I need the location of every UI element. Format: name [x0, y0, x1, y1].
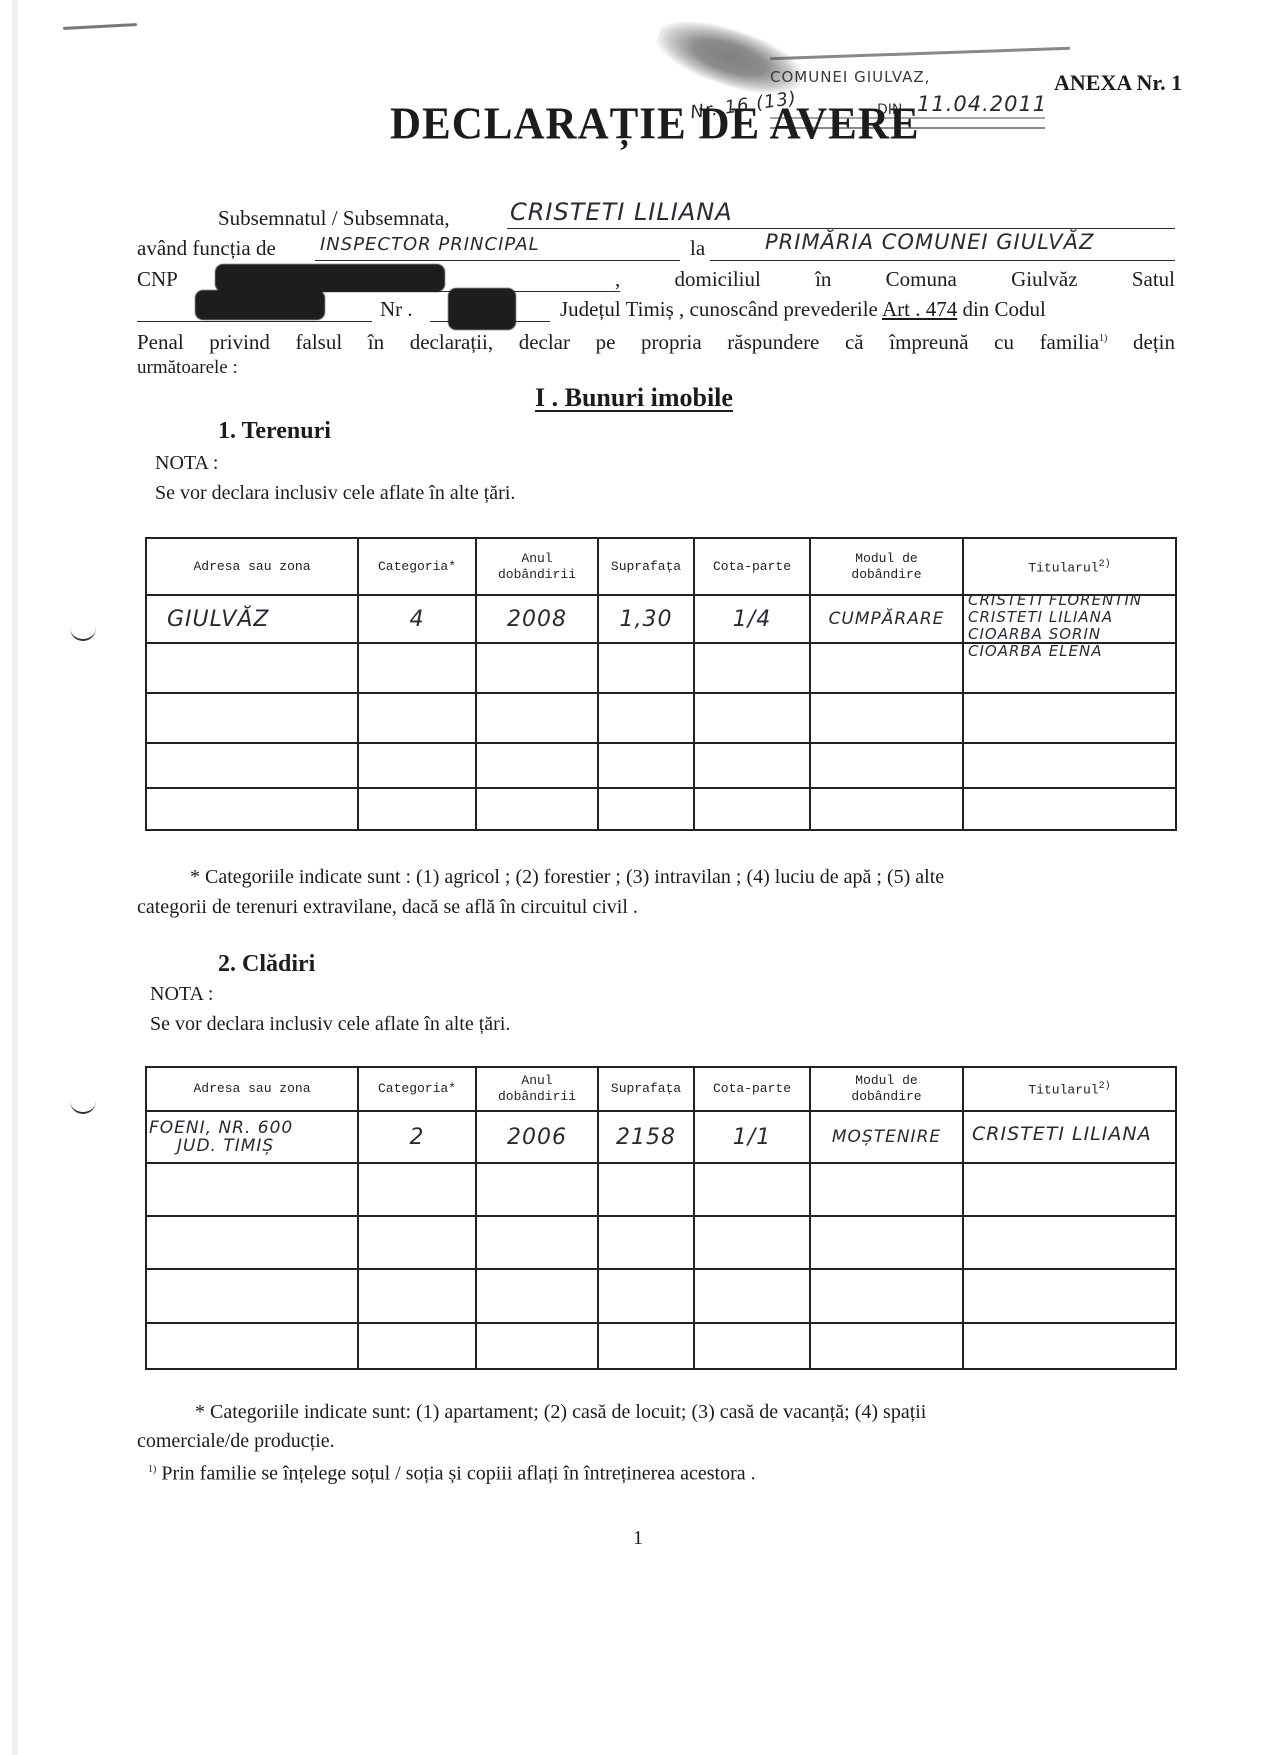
buildings-table-header: Adresa sau zona Categoria* Anul dobândir… — [146, 1067, 1176, 1111]
cell-mode[interactable] — [810, 788, 963, 830]
cell-share[interactable] — [694, 743, 810, 788]
cell-holder[interactable] — [963, 788, 1176, 830]
code-label: din Codul — [962, 297, 1045, 321]
section-title-real-estate: I . Bunuri imobile — [535, 383, 733, 413]
table-row — [146, 788, 1176, 830]
cell-holder[interactable] — [963, 743, 1176, 788]
cnp-redaction — [215, 264, 445, 292]
holder-name: CIOARBA SORIN — [968, 626, 1142, 643]
table-row — [146, 743, 1176, 788]
family-footnote: 1) Prin familie se înțelege soțul / soți… — [148, 1455, 756, 1489]
col-share: Cota-parte — [694, 1067, 810, 1111]
col-area: Suprafața — [598, 1067, 694, 1111]
institution-field-line — [710, 258, 1175, 261]
land-note-label: NOTA : — [155, 452, 218, 475]
cell-mode[interactable]: CUMPĂRARE — [810, 595, 963, 643]
land-table-header: Adresa sau zona Categoria* Anul dobândir… — [146, 538, 1176, 595]
holder-name: CRISTETI LILIANA — [972, 1126, 1152, 1143]
cell-category[interactable]: 2 — [358, 1111, 476, 1163]
cell-mode[interactable] — [810, 1163, 963, 1216]
function-value[interactable]: INSPECTOR PRINCIPAL — [320, 234, 540, 255]
cell-area[interactable]: 2158 — [598, 1111, 694, 1163]
declaration-end: dețin — [1133, 330, 1175, 354]
cell-share[interactable] — [694, 1269, 810, 1323]
intro-label: Subsemnatul / Subsemnata, — [218, 203, 450, 233]
footnote-ref: 1) — [1099, 333, 1107, 344]
annex-label: ANEXA Nr. 1 — [1054, 70, 1182, 96]
cell-year[interactable] — [476, 743, 598, 788]
col-year: Anul dobândirii — [476, 1067, 598, 1111]
table-row — [146, 1216, 1176, 1269]
cell-category[interactable]: 4 — [358, 595, 476, 643]
col-address: Adresa sau zona — [146, 538, 358, 595]
cell-mode[interactable] — [810, 1216, 963, 1269]
col-holder: Titularul2) — [963, 538, 1176, 595]
cell-area[interactable] — [598, 1323, 694, 1369]
cell-category[interactable] — [358, 693, 476, 743]
cell-area[interactable] — [598, 1269, 694, 1323]
table-row — [146, 1323, 1176, 1369]
punch-hole-mark — [70, 625, 96, 641]
cell-share[interactable] — [694, 643, 810, 693]
table-row: GIULVĂZ420081,301/4CUMPĂRARECRISTETI FLO… — [146, 595, 1176, 643]
page-number: 1 — [633, 1527, 643, 1550]
land-note-text: Se vor declara inclusiv cele aflate în a… — [155, 482, 515, 505]
table-row — [146, 643, 1176, 693]
cell-year[interactable]: 2006 — [476, 1111, 598, 1163]
cell-mode[interactable] — [810, 693, 963, 743]
county-label: Județul Timiș , cunoscând prevederile — [560, 297, 878, 321]
name-field-line — [507, 226, 1175, 229]
cell-area[interactable] — [598, 1216, 694, 1269]
table-row — [146, 693, 1176, 743]
land-category-note-1: * Categoriile indicate sunt : (1) agrico… — [190, 863, 944, 892]
cell-share[interactable] — [694, 1216, 810, 1269]
cell-area[interactable]: 1,30 — [598, 595, 694, 643]
at-label: la — [690, 233, 705, 263]
cell-area[interactable] — [598, 643, 694, 693]
cell-share[interactable]: 1/1 — [694, 1111, 810, 1163]
cell-share[interactable] — [694, 1163, 810, 1216]
col-share: Cota-parte — [694, 538, 810, 595]
land-title: 1. Terenuri — [218, 418, 331, 445]
scan-edge — [12, 0, 18, 1755]
cell-mode[interactable] — [810, 1269, 963, 1323]
declarant-name[interactable]: CRISTETI LILIANA — [510, 198, 733, 226]
document-title: DECLARAȚIE DE AVERE — [390, 99, 920, 150]
cell-category[interactable] — [358, 1163, 476, 1216]
cell-address[interactable] — [146, 693, 358, 743]
cell-share[interactable] — [694, 1323, 810, 1369]
cell-year[interactable] — [476, 1163, 598, 1216]
cell-share[interactable] — [694, 788, 810, 830]
cell-year[interactable] — [476, 1216, 598, 1269]
cell-area[interactable] — [598, 743, 694, 788]
cell-address[interactable] — [146, 1216, 358, 1269]
cell-share[interactable]: 1/4 — [694, 595, 810, 643]
punch-hole-mark — [70, 1098, 96, 1114]
county-text: Județul Timiș , cunoscând prevederile Ar… — [560, 294, 1046, 324]
stamp-date: 11.04.2011 — [917, 92, 1047, 116]
cell-category[interactable] — [358, 743, 476, 788]
buildings-note-text: Se vor declara inclusiv cele aflate în a… — [150, 1013, 510, 1036]
cell-address[interactable] — [146, 1163, 358, 1216]
cell-year[interactable] — [476, 643, 598, 693]
cell-holder[interactable] — [963, 1323, 1176, 1369]
cell-area[interactable] — [598, 788, 694, 830]
cell-category[interactable] — [358, 1216, 476, 1269]
buildings-title: 2. Clădiri — [218, 951, 315, 978]
cell-mode[interactable] — [810, 643, 963, 693]
cell-category[interactable] — [358, 1269, 476, 1323]
col-holder: Titularul2) — [963, 1067, 1176, 1111]
cell-mode[interactable]: MOȘTENIRE — [810, 1111, 963, 1163]
buildings-note-label: NOTA : — [150, 983, 213, 1006]
cell-area[interactable] — [598, 693, 694, 743]
table-row: FOENI, NR. 600JUD. TIMIȘ2200621581/1MOȘT… — [146, 1111, 1176, 1163]
cnp-label: CNP — [137, 264, 178, 294]
cell-address[interactable]: GIULVĂZ — [146, 595, 358, 643]
cell-address[interactable] — [146, 1269, 358, 1323]
col-mode: Modul de dobândire — [810, 1067, 963, 1111]
cell-category[interactable] — [358, 788, 476, 830]
village-redaction — [195, 290, 325, 320]
cell-holder[interactable] — [963, 643, 1176, 693]
cell-address[interactable] — [146, 1323, 358, 1369]
article-reference: Art . 474 — [882, 297, 957, 321]
scan-mark — [63, 23, 137, 30]
stamp-border — [770, 47, 1070, 60]
cell-share[interactable] — [694, 693, 810, 743]
cell-mode[interactable] — [810, 743, 963, 788]
cell-address[interactable]: FOENI, NR. 600JUD. TIMIȘ — [146, 1111, 358, 1163]
cell-holder[interactable]: CRISTETI LILIANA — [963, 1111, 1176, 1163]
cell-address[interactable] — [146, 788, 358, 830]
cell-year[interactable] — [476, 788, 598, 830]
cell-year[interactable] — [476, 693, 598, 743]
buildings-table: Adresa sau zona Categoria* Anul dobândir… — [145, 1066, 1177, 1370]
following-label: următoarele : — [137, 353, 238, 383]
cell-holder[interactable]: CRISTETI FLORENTINCRISTETI LILIANACIOARB… — [963, 595, 1176, 643]
holder-name: CRISTETI LILIANA — [968, 609, 1142, 626]
col-address: Adresa sau zona — [146, 1067, 358, 1111]
cell-category[interactable] — [358, 643, 476, 693]
cell-mode[interactable] — [810, 1323, 963, 1369]
function-field-line — [315, 258, 680, 261]
col-mode: Modul de dobândire — [810, 538, 963, 595]
cell-year[interactable] — [476, 1323, 598, 1369]
col-category: Categoria* — [358, 1067, 476, 1111]
cell-address[interactable] — [146, 743, 358, 788]
cell-area[interactable] — [598, 1163, 694, 1216]
table-row — [146, 1269, 1176, 1323]
declaration-text: Penal privind falsul în declarații, decl… — [137, 330, 1099, 354]
buildings-category-note-2: comerciale/de producție. — [137, 1427, 335, 1456]
domicile-text: , domiciliul în Comuna Giulvăz Satul — [615, 264, 1175, 294]
cell-holder[interactable] — [963, 1216, 1176, 1269]
cell-holder[interactable] — [963, 1163, 1176, 1216]
cell-holder[interactable] — [963, 693, 1176, 743]
land-table: Adresa sau zona Categoria* Anul dobândir… — [145, 537, 1177, 831]
institution-value[interactable]: PRIMĂRIA COMUNEI GIULVĂZ — [765, 230, 1094, 254]
buildings-category-note-1: * Categoriile indicate sunt: (1) apartam… — [195, 1398, 926, 1427]
holder-name: CRISTETI FLORENTIN — [968, 592, 1142, 609]
cell-year[interactable]: 2008 — [476, 595, 598, 643]
cell-holder[interactable] — [963, 1269, 1176, 1323]
land-category-note-2: categorii de terenuri extravilane, dacă … — [137, 893, 638, 922]
cell-address[interactable] — [146, 643, 358, 693]
cell-category[interactable] — [358, 1323, 476, 1369]
family-footnote-ref: 1) — [148, 1464, 156, 1475]
col-category: Categoria* — [358, 538, 476, 595]
table-row — [146, 1163, 1176, 1216]
nr-label: Nr . — [380, 294, 413, 324]
family-footnote-text: Prin familie se înțelege soțul / soția ș… — [161, 1463, 755, 1485]
col-year: Anul dobândirii — [476, 538, 598, 595]
stamp-institution: COMUNEI GIULVAZ, — [770, 68, 930, 86]
col-area: Suprafața — [598, 538, 694, 595]
function-label: având funcția de — [137, 233, 276, 263]
declaration-line: Penal privind falsul în declarații, decl… — [137, 324, 1175, 357]
cell-year[interactable] — [476, 1269, 598, 1323]
